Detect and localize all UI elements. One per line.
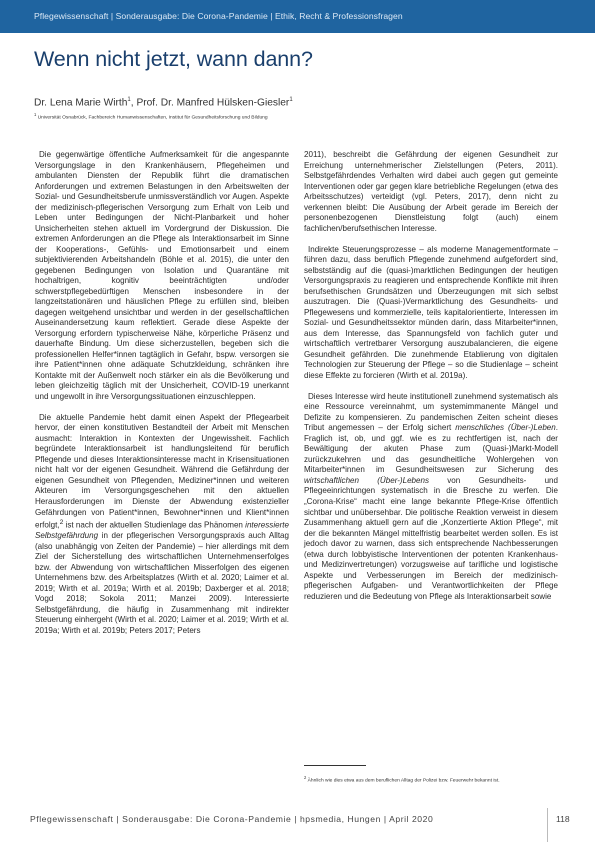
footnote: 2 Ähnlich wie dies etwa aus dem beruflic… [304, 775, 500, 784]
paragraph-text: Die aktuelle Pandemie hebt damit einen A… [35, 413, 289, 530]
page-footer: Pflegewissenschaft | Sonderausgabe: Die … [30, 814, 433, 824]
author-line: Dr. Lena Marie Wirth1, Prof. Dr. Manfred… [34, 97, 293, 108]
body-paragraph: 2011), beschreibt die Gefährdung der eig… [304, 150, 558, 234]
footnote-text: Ähnlich wie dies etwa aus dem berufliche… [308, 779, 500, 784]
header-bar: Pflegewissenschaft | Sonderausgabe: Die … [0, 0, 595, 33]
emphasized-term: wirtschaftlichen (Über-)Lebens [304, 476, 429, 485]
article-title: Wenn nicht jetzt, wann dann? [34, 47, 313, 72]
author-name: Prof. Dr. Manfred Hülsken-Giesler [136, 97, 289, 108]
emphasized-term: menschliches (Über-)Leben [455, 423, 555, 432]
body-paragraph: Indirekte Steuerungsprozesse – als moder… [304, 245, 558, 382]
body-paragraph: Dieses Interesse wird heute institutione… [304, 392, 558, 602]
paragraph-text: ist nach der aktuellen Studienlage das P… [63, 521, 245, 530]
affiliation: 1 Universität Osnabrück, Fachbereich Hum… [34, 112, 268, 121]
footnote-divider [304, 765, 366, 766]
left-column: Die gegenwärtige öffentliche Aufmerksamk… [35, 150, 289, 647]
running-title: Pflegewissenschaft | Sonderausgabe: Die … [34, 11, 403, 21]
affiliation-marker: 1 [34, 112, 36, 117]
paragraph-text: von Gesundheits- und Pflegeeinrichtungen… [304, 476, 558, 601]
footnote-marker: 2 [304, 775, 306, 780]
paragraph-text: in der pflegerischen Versorgungspraxis a… [35, 531, 289, 635]
affiliation-text: Universität Osnabrück, Fachbereich Human… [38, 116, 268, 121]
body-paragraph: Die gegenwärtige öffentliche Aufmerksamk… [35, 150, 289, 402]
footer-divider [547, 808, 548, 842]
body-paragraph: Die aktuelle Pandemie hebt damit einen A… [35, 413, 289, 637]
page-number: 118 [556, 814, 570, 824]
right-column: 2011), beschreibt die Gefährdung der eig… [304, 150, 558, 613]
author-name: Dr. Lena Marie Wirth [34, 97, 127, 108]
affiliation-marker: 1 [289, 97, 292, 103]
